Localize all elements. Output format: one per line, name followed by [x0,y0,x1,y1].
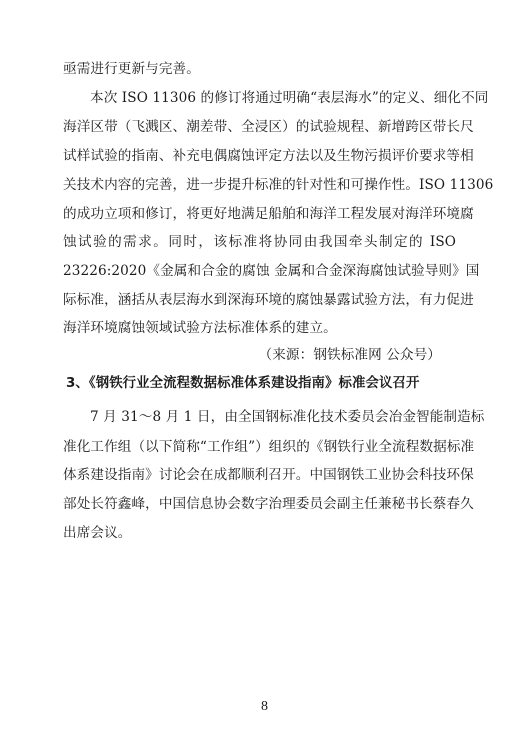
paragraph-line: 际标准，涵括从表层海水到深海环境的腐蚀暴露试验方法，有力促进 [63,290,456,310]
paragraph-line: 的成功立项和修订，将更好地满足船舶和海洋工程发展对海洋环境腐 [63,204,456,224]
paragraph-line: 部处长符鑫峰，中国信息协会数字治理委员会副主任兼秘书长蔡春久 [63,494,456,514]
paragraph-line: 海洋环境腐蚀领域试验方法标准体系的建立。 [63,318,456,338]
source-attribution: （来源：钢铁标准网 公众号） [63,345,441,365]
page-number: 8 [0,699,529,715]
paragraph-line: 体系建设指南》讨论会在成都顺利召开。中国钢铁工业协会科技环保 [63,465,456,485]
paragraph-line: 本次 ISO 11306 的修订将通过明确“表层海水”的定义、细化不同 [90,88,456,108]
paragraph-line: 准化工作组（以下简称“工作组”）组织的《钢铁行业全流程数据标准 [63,437,456,457]
paragraph-line: 亟需进行更新与完善。 [63,59,456,79]
paragraph-line: 蚀试验的需求。同时，该标准将协同由我国牵头制定的 ISO [63,232,456,252]
paragraph-line: 23226:2020《金属和合金的腐蚀 金属和合金深海腐蚀试验导则》国 [63,261,456,281]
paragraph-line: 试样试验的指南、补充电偶腐蚀评定方法以及生物污损评价要求等相 [63,146,456,166]
document-page: 亟需进行更新与完善。 本次 ISO 11306 的修订将通过明确“表层海水”的定… [0,0,529,751]
paragraph-line: 7 月 31～8 月 1 日，由全国钢标准化技术委员会冶金智能制造标 [90,407,456,427]
paragraph-line: 海洋区带（飞溅区、潮差带、全浸区）的试验规程、新增跨区带长尺 [63,117,456,137]
section-heading: 3、《钢铁行业全流程数据标准体系建设指南》标准会议召开 [66,374,459,394]
paragraph-line: 出席会议。 [63,523,456,543]
paragraph-line: 关技术内容的完善，进一步提升标准的针对性和可操作性。ISO 11306 [63,175,456,195]
